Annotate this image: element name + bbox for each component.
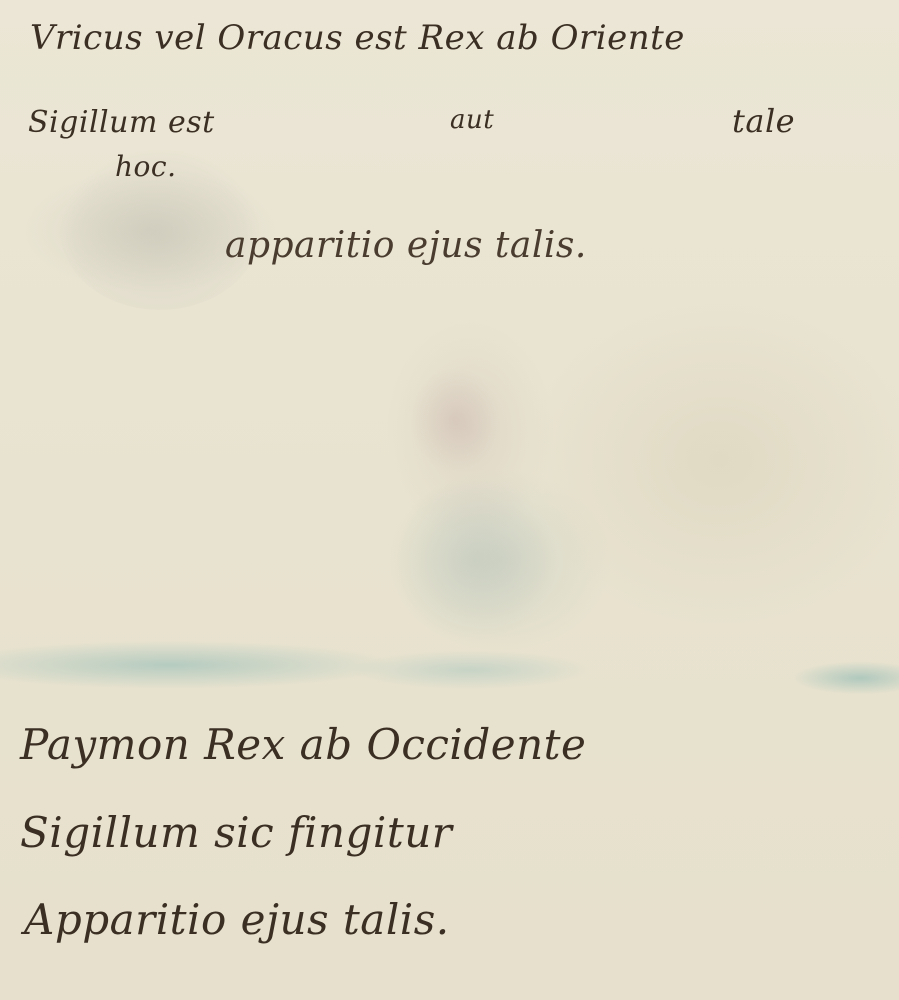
upper-seal-alternative: tale: [732, 102, 795, 140]
upper-apparition: apparitio ejus talis.: [225, 225, 587, 266]
upper-seal-connector: aut: [450, 105, 494, 135]
upper-seal-label: Sigillum est: [28, 105, 215, 140]
upper-heading: Vricus vel Oracus est Rex ab Oriente: [30, 18, 685, 58]
manuscript-page: Vricus vel Oracus est Rex ab Oriente Sig…: [0, 0, 899, 1000]
green-ground-wash: [0, 630, 899, 700]
upper-seal-label-cont: hoc.: [115, 150, 176, 183]
lower-seal-line: Sigillum sic fingitur: [20, 808, 452, 857]
lower-heading: Paymon Rex ab Occidente: [20, 720, 586, 769]
lower-apparition: Apparitio ejus talis.: [24, 895, 450, 944]
